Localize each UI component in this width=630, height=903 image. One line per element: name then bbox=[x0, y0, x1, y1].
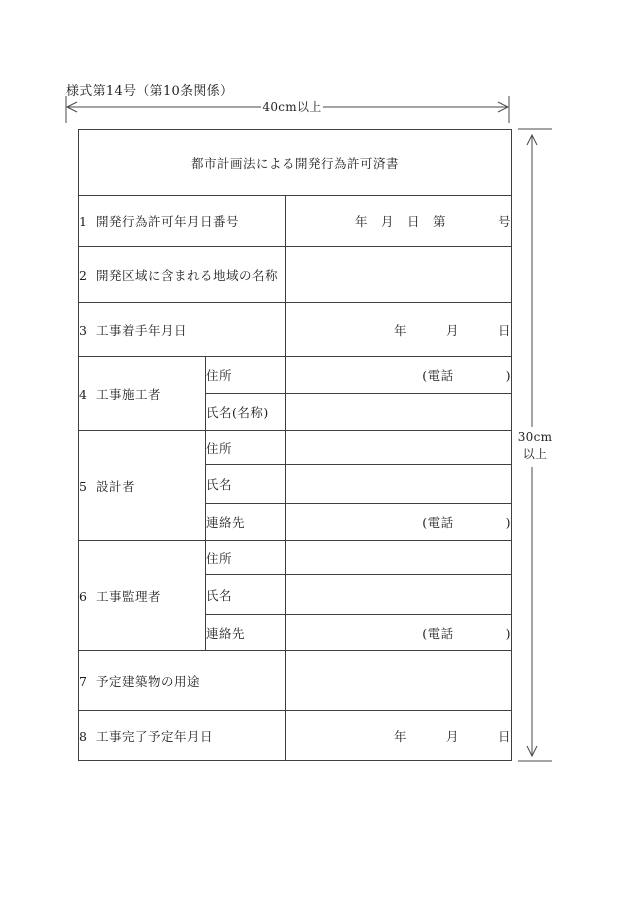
subrow-value-cell bbox=[286, 394, 512, 431]
table-row: 8工事完了予定年月日 年 月 日 bbox=[79, 711, 512, 761]
row-number: 2 bbox=[79, 268, 96, 283]
table-row: 7予定建築物の用途 bbox=[79, 651, 512, 711]
row-number: 5 bbox=[79, 479, 96, 494]
height-dimension-label-line2: 以上 bbox=[523, 446, 548, 461]
width-dimension-annotation: 40cm以上 bbox=[64, 93, 512, 130]
row-label-cell: 8工事完了予定年月日 bbox=[79, 711, 286, 761]
row-number: 3 bbox=[79, 323, 96, 338]
table-title: 都市計画法による開発行為許可済書 bbox=[79, 130, 512, 196]
table-row: 1開発行為許可年月日番号 年 月 日 第 号 bbox=[79, 196, 512, 247]
table-row: 6工事監理者 住所 bbox=[79, 541, 512, 575]
subrow-label-cell: 氏名(名称) bbox=[206, 394, 286, 431]
height-arrow-icon: 30cm 以上 bbox=[514, 127, 560, 769]
row-value-cell: 年 月 日 bbox=[286, 303, 512, 357]
subrow-label-cell: 連絡先 bbox=[206, 615, 286, 651]
row-label-cell: 3工事着手年月日 bbox=[79, 303, 286, 357]
subrow-label-cell: 住所 bbox=[206, 431, 286, 465]
subrow-value-cell: (電話 ) bbox=[286, 504, 512, 541]
subrow-value-cell bbox=[286, 465, 512, 504]
row-value-cell: 年 月 日 第 号 bbox=[286, 196, 512, 247]
row-value-cell: 年 月 日 bbox=[286, 711, 512, 761]
subrow-value-cell: (電話 ) bbox=[286, 357, 512, 394]
height-dimension-annotation: 30cm 以上 bbox=[514, 127, 560, 773]
subrow-label-cell: 連絡先 bbox=[206, 504, 286, 541]
subrow-value-cell bbox=[286, 431, 512, 465]
row-value-cell bbox=[286, 651, 512, 711]
subrow-value-cell bbox=[286, 541, 512, 575]
row-label-cell: 2開発区域に含まれる地域の名称 bbox=[79, 247, 286, 303]
subrow-label-cell: 氏名 bbox=[206, 575, 286, 615]
row-number: 4 bbox=[79, 387, 96, 402]
row-label-cell: 7予定建築物の用途 bbox=[79, 651, 286, 711]
document-page: 様式第14号（第10条関係） 40cm以上 30cm 以上 bbox=[0, 0, 630, 903]
row-number: 6 bbox=[79, 589, 96, 604]
table-title-row: 都市計画法による開発行為許可済書 bbox=[79, 130, 512, 196]
row-label: 工事監理者 bbox=[96, 589, 161, 604]
row-label: 予定建築物の用途 bbox=[96, 674, 200, 689]
row-label-cell: 6工事監理者 bbox=[79, 541, 206, 651]
row-label: 開発区域に含まれる地域の名称 bbox=[96, 268, 278, 283]
row-label: 工事完了予定年月日 bbox=[96, 729, 213, 744]
row-label: 工事施工者 bbox=[96, 387, 161, 402]
table-row: 4工事施工者 住所 (電話 ) bbox=[79, 357, 512, 394]
form-table: 都市計画法による開発行為許可済書 1開発行為許可年月日番号 年 月 日 第 号 … bbox=[78, 129, 512, 761]
row-number: 1 bbox=[79, 214, 96, 229]
width-arrow-icon: 40cm以上 bbox=[64, 93, 512, 126]
subrow-value-cell: (電話 ) bbox=[286, 615, 512, 651]
row-number: 7 bbox=[79, 674, 96, 689]
table-row: 3工事着手年月日 年 月 日 bbox=[79, 303, 512, 357]
row-value-cell bbox=[286, 247, 512, 303]
height-dimension-label-line1: 30cm bbox=[518, 430, 553, 444]
subrow-label-cell: 住所 bbox=[206, 541, 286, 575]
row-label-cell: 4工事施工者 bbox=[79, 357, 206, 431]
row-label: 開発行為許可年月日番号 bbox=[96, 214, 239, 229]
width-dimension-label: 40cm以上 bbox=[262, 99, 321, 114]
row-label-cell: 5設計者 bbox=[79, 431, 206, 541]
row-label: 設計者 bbox=[96, 479, 135, 494]
subrow-value-cell bbox=[286, 575, 512, 615]
row-label-cell: 1開発行為許可年月日番号 bbox=[79, 196, 286, 247]
table-row: 2開発区域に含まれる地域の名称 bbox=[79, 247, 512, 303]
table-row: 5設計者 住所 bbox=[79, 431, 512, 465]
row-label: 工事着手年月日 bbox=[96, 323, 187, 338]
row-number: 8 bbox=[79, 729, 96, 744]
subrow-label-cell: 氏名 bbox=[206, 465, 286, 504]
subrow-label-cell: 住所 bbox=[206, 357, 286, 394]
